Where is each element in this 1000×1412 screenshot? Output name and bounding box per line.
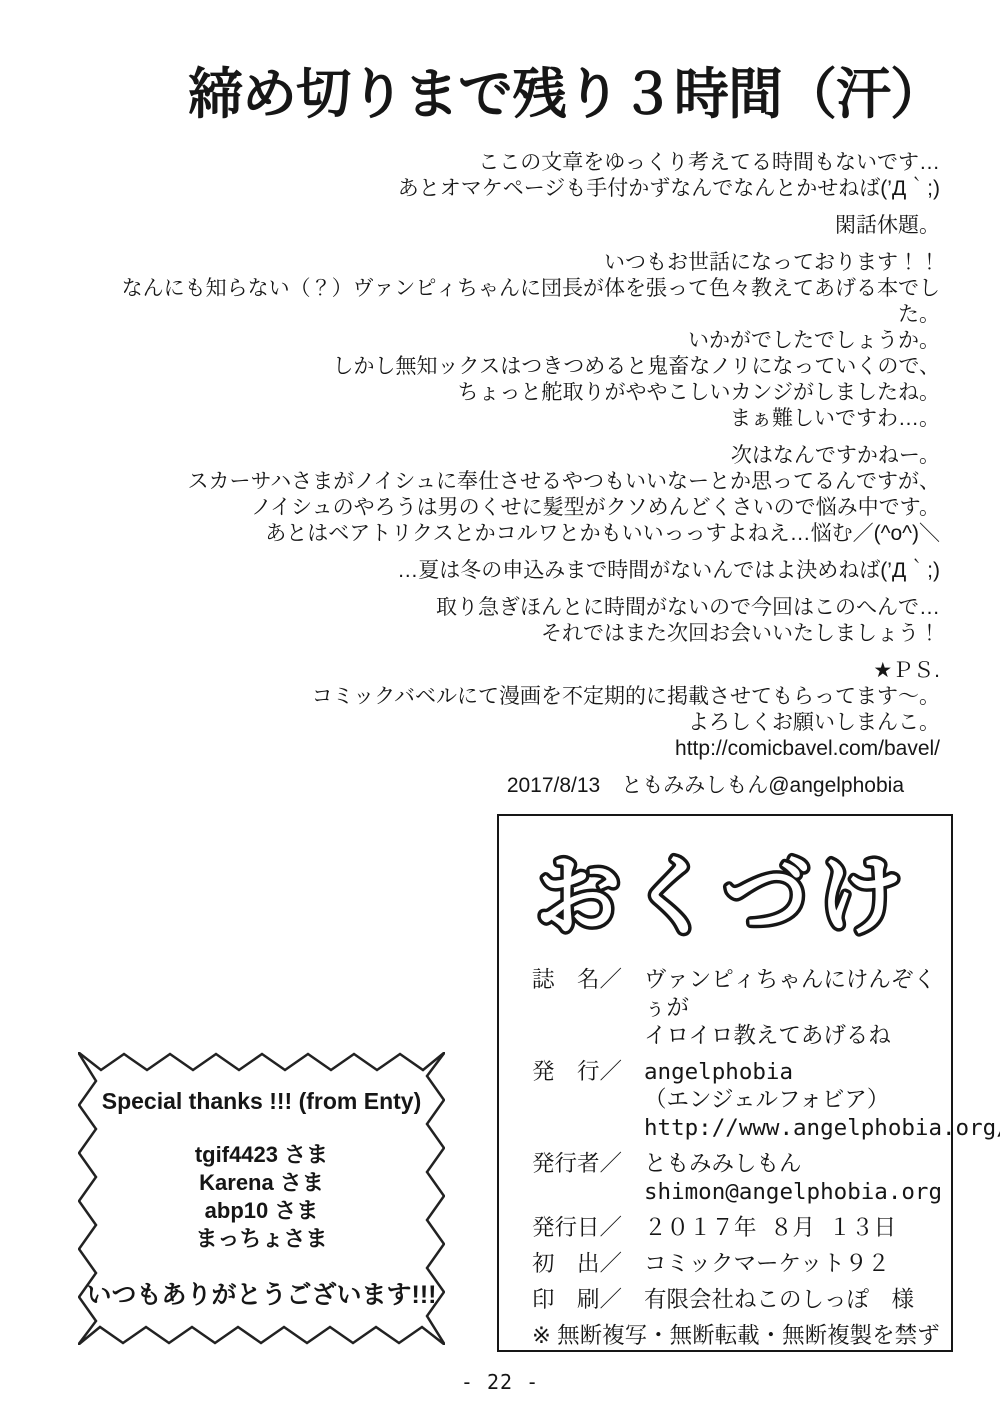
colophon-row: 発行者／ ともみみしもん shimon@angelphobia.org [532,1150,939,1206]
colophon-title: おくづけ [513,834,933,959]
afterword-paragraph: ここの文章をゆっくり考えてる時間もないです… あとオマケページも手付かずなんでな… [80,150,940,202]
colophon-row: 誌 名／ ヴァンピィちゃんにけんぞくぅが イロイロ教えてあげるね [532,966,939,1050]
colophon-row-value: 有限会社ねこのしっぽ 様 [644,1286,914,1314]
colophon-box: おくづけ 誌 名／ ヴァンピィちゃんにけんぞくぅが イロイロ教えてあげるね 発 … [497,814,953,1352]
colophon-title-text: おくづけ [535,849,911,945]
colophon-row-value: コミックマーケット９２ [644,1250,890,1278]
supporter-names: tgif4423 さま Karena さま abp10 さま まっちょさま [78,1141,445,1253]
colophon-row: 印 刷／ 有限会社ねこのしっぽ 様 [532,1286,939,1314]
copyright-notice: ※ 無断複写・無断転載・無断複製を禁ず [532,1322,939,1350]
colophon-rows: 誌 名／ ヴァンピィちゃんにけんぞくぅが イロイロ教えてあげるね 発 行／ an… [532,966,939,1350]
colophon-row: 初 出／ コミックマーケット９２ [532,1250,939,1278]
colophon-row-label: 印 刷／ [532,1286,644,1314]
afterword-paragraph: 次はなんですかねー。 スカーサハさまがノイシュに奉仕させるやつもいいなーとか思っ… [80,443,940,547]
colophon-row-label: 誌 名／ [532,966,644,1050]
page-title: 締め切りまで残り３時間（汗） [188,50,944,129]
afterword-paragraph: 閑話休題。 [80,213,940,239]
colophon-row-label: 初 出／ [532,1250,644,1278]
afterword-paragraph: いつもお世話になっております！！ なんにも知らない（？）ヴァンピィちゃんに団長が… [80,250,940,432]
colophon-row-label: 発行者／ [532,1150,644,1206]
afterword-paragraph: …夏は冬の申込みまで時間がないんではよ決めねば(’Д｀;) [80,558,940,584]
colophon-row-value: angelphobia （エンジェルフォビア） http://www.angel… [644,1058,1000,1142]
author-signature: 2017/8/13 ともみみしもん@angelphobia [80,773,940,799]
colophon-row: 発 行／ angelphobia （エンジェルフォビア） http://www.… [532,1058,939,1142]
colophon-row-label: 発 行／ [532,1058,644,1142]
colophon-row-value: ヴァンピィちゃんにけんぞくぅが イロイロ教えてあげるね [644,966,939,1050]
afterword-text: ここの文章をゆっくり考えてる時間もないです… あとオマケページも手付かずなんでな… [80,150,940,799]
special-thanks-heading: Special thanks !!! (from Enty) [78,1088,445,1115]
special-thanks-closing: いつもありがとうございます!!! [78,1275,445,1311]
colophon-row-value: ともみみしもん shimon@angelphobia.org [644,1150,942,1206]
special-thanks-box: Special thanks !!! (from Enty) tgif4423 … [78,1052,445,1345]
afterword-paragraph: 取り急ぎほんとに時間がないので今回はこのへんで… それではまた次回お会いいたしま… [80,595,940,647]
afterword-paragraph: ★ＰＳ. コミックバベルにて漫画を不定期的に掲載させてもらってます～。 よろしく… [80,658,940,762]
page-number: - 22 - [0,1370,1000,1394]
colophon-row-value: ２０１７年 ８月 １３日 [644,1214,896,1242]
colophon-row: 発行日／ ２０１７年 ８月 １３日 [532,1214,939,1242]
colophon-row-label: 発行日／ [532,1214,644,1242]
